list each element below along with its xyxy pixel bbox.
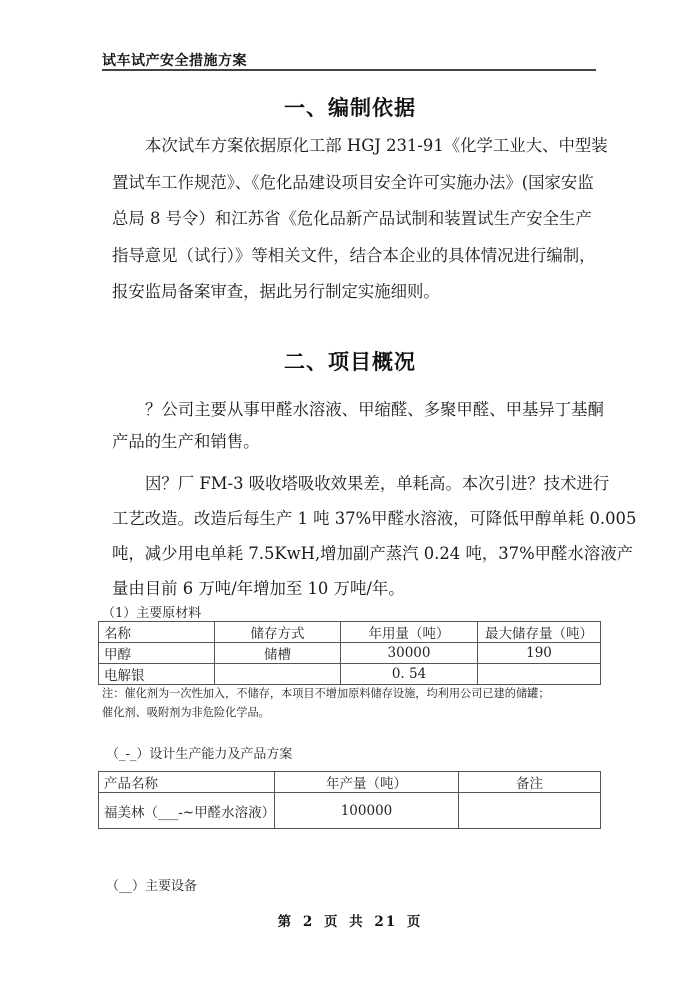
table-cell: 100000 <box>275 793 459 829</box>
table-cell: 储槽 <box>215 643 341 664</box>
table-cell <box>478 664 601 685</box>
table-cell: 甲醇 <box>99 643 215 664</box>
paragraph-line: 吨，减少用电单耗 7.5KwH,增加副产蒸汽 0.24 吨，37%甲醛水溶液产 <box>112 536 592 571</box>
section-overview-paragraph-1: ？公司主要从事甲醛水溶液、甲缩醛、多聚甲醛、甲基异丁基酮 产品的生产和销售。 <box>112 394 592 458</box>
raw-materials-caption: （1）主要原材料 <box>102 602 201 621</box>
section-basis-paragraph: 本次试车方案依据原化工部 HGJ 231-91《化学工业大、中型装 置试车工作规… <box>112 128 592 311</box>
production-plan-caption: （_-_）设计生产能力及产品方案 <box>106 743 292 762</box>
paragraph-line: 指导意见（试行）》等相关文件，结合本企业的具体情况进行编制， <box>112 238 592 275</box>
table-header-cell: 备注 <box>459 772 601 793</box>
paragraph-line: 工艺改造。改造后每生产 1 吨 37%甲醛水溶液，可降低甲醇单耗 0.005 <box>112 501 592 536</box>
table-header-cell: 储存方式 <box>215 622 341 643</box>
raw-materials-note: 注：催化剂为一次性加入，不储存，本项目不增加原料储存设施，均利用公司已建的储罐；… <box>102 684 602 722</box>
equipment-caption: （__）主要设备 <box>106 875 197 894</box>
paragraph-line: 因？厂 FM-3 吸收塔吸收效果差，单耗高。本次引进？技术进行 <box>112 466 592 501</box>
table-header-row: 产品名称 年产量（吨） 备注 <box>99 772 601 793</box>
paragraph-line: 置试车工作规范》、《危化品建设项目安全许可实施办法》(国家安监 <box>112 165 592 202</box>
table-cell: 福美林（___-~甲醛水溶液） <box>99 793 275 829</box>
note-line: 催化剂、吸附剂为非危险化学品。 <box>102 703 602 722</box>
table-header-cell: 年用量（吨） <box>341 622 478 643</box>
paragraph-line: 量由目前 6 万吨/年增加至 10 万吨/年。 <box>112 571 592 606</box>
section-overview-paragraph-2: 因？厂 FM-3 吸收塔吸收效果差，单耗高。本次引进？技术进行 工艺改造。改造后… <box>112 466 592 606</box>
document-page: 试车试产安全措施方案 一、编制依据 本次试车方案依据原化工部 HGJ 231-9… <box>0 0 700 990</box>
paragraph-line: 报安监局备案审查，据此另行制定实施细则。 <box>112 274 592 311</box>
section-title-overview: 二、项目概况 <box>0 346 700 376</box>
table-cell: 0. 54 <box>341 664 478 685</box>
section-title-basis: 一、编制依据 <box>0 92 700 122</box>
table-row: 电解银 0. 54 <box>99 664 601 685</box>
paragraph-line: 本次试车方案依据原化工部 HGJ 231-91《化学工业大、中型装 <box>112 128 592 165</box>
table-row: 甲醇 储槽 30000 190 <box>99 643 601 664</box>
raw-materials-table: 名称 储存方式 年用量（吨） 最大储存量（吨） 甲醇 储槽 30000 190 … <box>98 621 601 685</box>
paragraph-line: 产品的生产和销售。 <box>112 426 592 458</box>
table-cell: 30000 <box>341 643 478 664</box>
table-header-cell: 年产量（吨） <box>275 772 459 793</box>
paragraph-line: 总局 8 号令）和江苏省《危化品新产品试制和装置试生产安全生产 <box>112 201 592 238</box>
table-cell <box>215 664 341 685</box>
table-header-cell: 产品名称 <box>99 772 275 793</box>
table-header-cell: 最大储存量（吨） <box>478 622 601 643</box>
production-plan-table: 产品名称 年产量（吨） 备注 福美林（___-~甲醛水溶液） 100000 <box>98 771 601 829</box>
table-cell: 190 <box>478 643 601 664</box>
note-line: 注：催化剂为一次性加入，不储存，本项目不增加原料储存设施，均利用公司已建的储罐； <box>102 684 602 703</box>
table-header-cell: 名称 <box>99 622 215 643</box>
table-cell <box>459 793 601 829</box>
table-row: 福美林（___-~甲醛水溶液） 100000 <box>99 793 601 829</box>
table-header-row: 名称 储存方式 年用量（吨） 最大储存量（吨） <box>99 622 601 643</box>
header-divider <box>102 69 596 71</box>
paragraph-line: ？公司主要从事甲醛水溶液、甲缩醛、多聚甲醛、甲基异丁基酮 <box>112 394 592 426</box>
running-header-title: 试车试产安全措施方案 <box>102 50 247 70</box>
table-cell: 电解银 <box>99 664 215 685</box>
page-number-footer: 第 2 页 共 21 页 <box>0 910 700 930</box>
